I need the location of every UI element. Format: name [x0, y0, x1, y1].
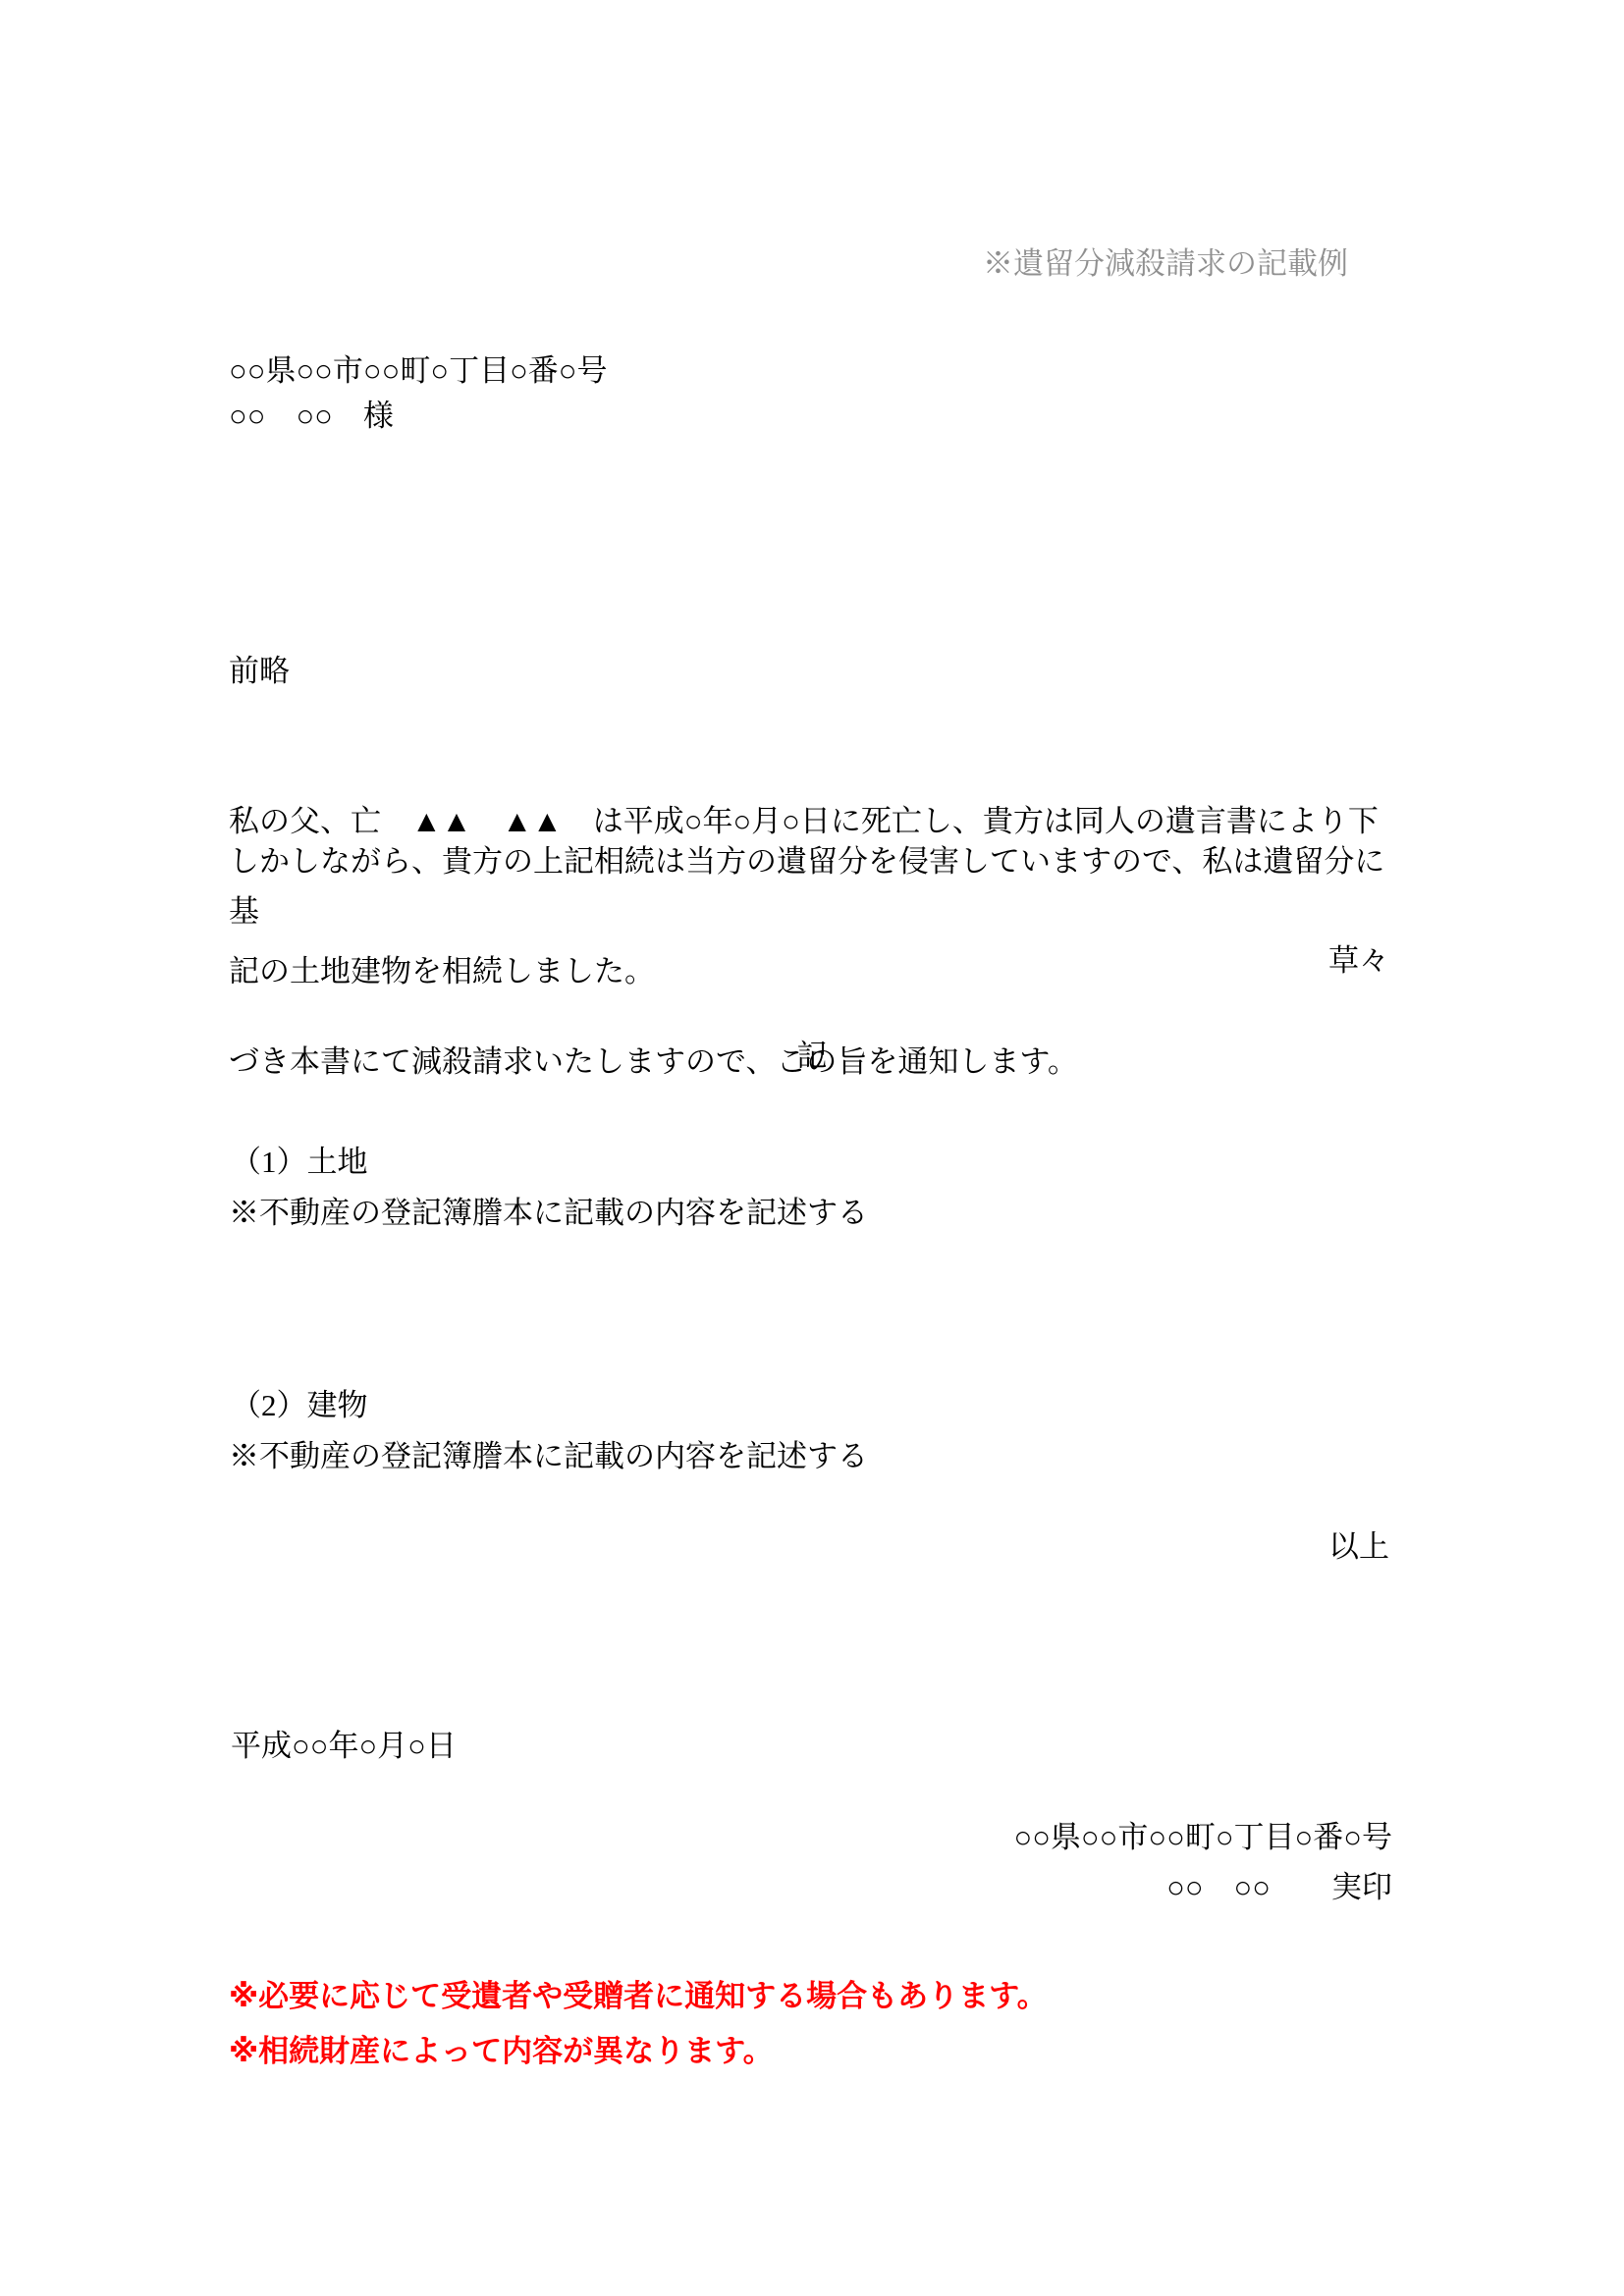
letter-page: ※遺留分減殺請求の記載例 ○○県○○市○○町○丁目○番○号 ○○ ○○ 様 前略… [0, 0, 1624, 2296]
closing-salutation: 草々 [1328, 935, 1389, 980]
recipient-address: ○○県○○市○○町○丁目○番○号 [229, 346, 608, 390]
recipient-name: ○○ ○○ 様 [229, 391, 394, 435]
body-paragraph-2: しかしながら、貴方の上記相続は当方の遺留分を侵害していますので、私は遺留分に基 … [229, 736, 1392, 1187]
warning-footnote-1: ※必要に応じて受遺者や受贈者に通知する場合もあります。 [229, 1971, 1048, 2015]
item-2-title: （2）建物 [231, 1380, 368, 1424]
warning-footnote-2: ※相続財産によって内容が異なります。 [229, 2026, 774, 2070]
date-line: 平成○○年○月○日 [231, 1721, 457, 1765]
item-1-note: ※不動産の登記簿謄本に記載の内容を記述する [229, 1188, 868, 1232]
record-heading: 記 [0, 1031, 1624, 1075]
end-marker: 以上 [1328, 1522, 1389, 1566]
opening-salutation: 前略 [229, 646, 1392, 696]
sender-name-with-seal: ○○ ○○ 実印 [1166, 1862, 1392, 1906]
body-paragraph-2-line-1: しかしながら、貴方の上記相続は当方の遺留分を侵害していますので、私は遺留分に基 [229, 836, 1392, 936]
item-1-title: （1）土地 [231, 1137, 368, 1181]
document-type-note: ※遺留分減殺請求の記載例 [983, 239, 1348, 283]
sender-address: ○○県○○市○○町○丁目○番○号 [1013, 1812, 1392, 1856]
item-2-note: ※不動産の登記簿謄本に記載の内容を記述する [229, 1431, 868, 1475]
